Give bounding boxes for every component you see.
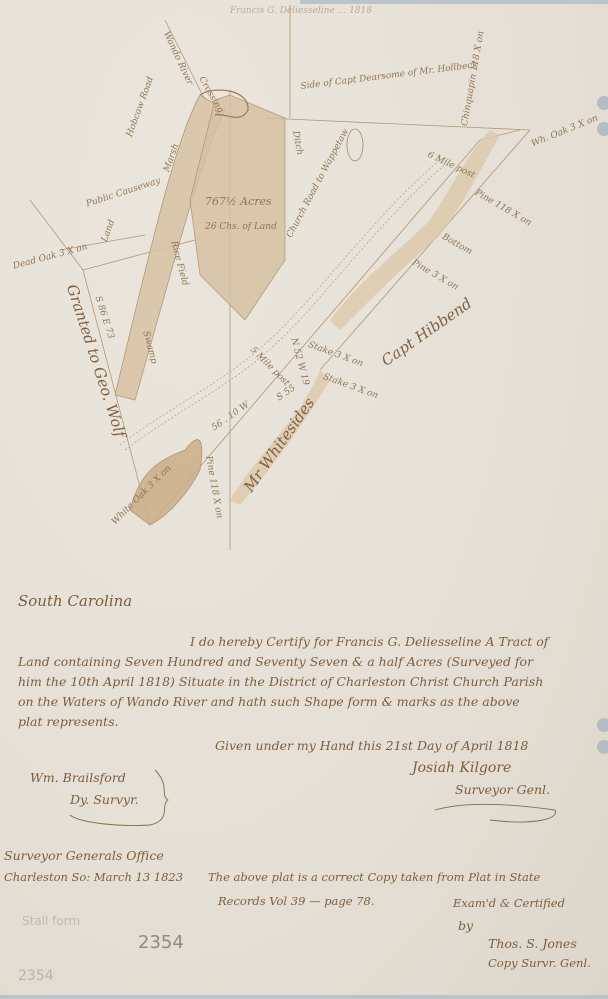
signer-flourish [430, 790, 570, 830]
scan-edge-bottom [0, 995, 608, 999]
certificate-line-4: on the Waters of Wando River and hath su… [18, 694, 520, 709]
label-high-land: 26 Chs. of Land [205, 222, 277, 232]
pencil-note: Stall form [22, 914, 80, 928]
office-place-date: Charleston So: March 13 1823 [4, 870, 183, 884]
marsh-lobe [130, 440, 202, 525]
deputy-flourish [60, 765, 190, 835]
examined-label: Exam'd & Certified [453, 896, 565, 910]
by-label: by [458, 918, 473, 933]
certificate-line-5: plat represents. [18, 714, 118, 729]
certificate-line-1: I do hereby Certify for Francis G. Delie… [190, 634, 548, 649]
faded-top-text: Francis G. Deliesseline ... 1818 [230, 6, 372, 16]
pencil-number-faded: 2354 [18, 968, 54, 984]
attestation-line-2: Records Vol 39 — page 78. [218, 894, 375, 908]
pin-stain [597, 718, 608, 732]
attestation-line-1: The above plat is a correct Copy taken f… [208, 870, 540, 884]
copier-title: Copy Survr. Genl. [488, 956, 591, 970]
certificate-line-2: Land containing Seven Hundred and Sevent… [18, 654, 533, 669]
label-acreage: 767½ Acres [205, 195, 272, 208]
signer-name: Josiah Kilgore [412, 760, 511, 776]
given-line: Given under my Hand this 21st Day of Apr… [215, 738, 528, 753]
pin-stain [597, 740, 608, 754]
office-heading: Surveyor Generals Office [4, 848, 164, 863]
copier-name: Thos. S. Jones [488, 936, 577, 951]
state-heading: South Carolina [18, 592, 132, 610]
pencil-number: 2354 [138, 932, 184, 953]
certificate-line-3: him the 10th April 1818) Situate in the … [18, 674, 543, 689]
